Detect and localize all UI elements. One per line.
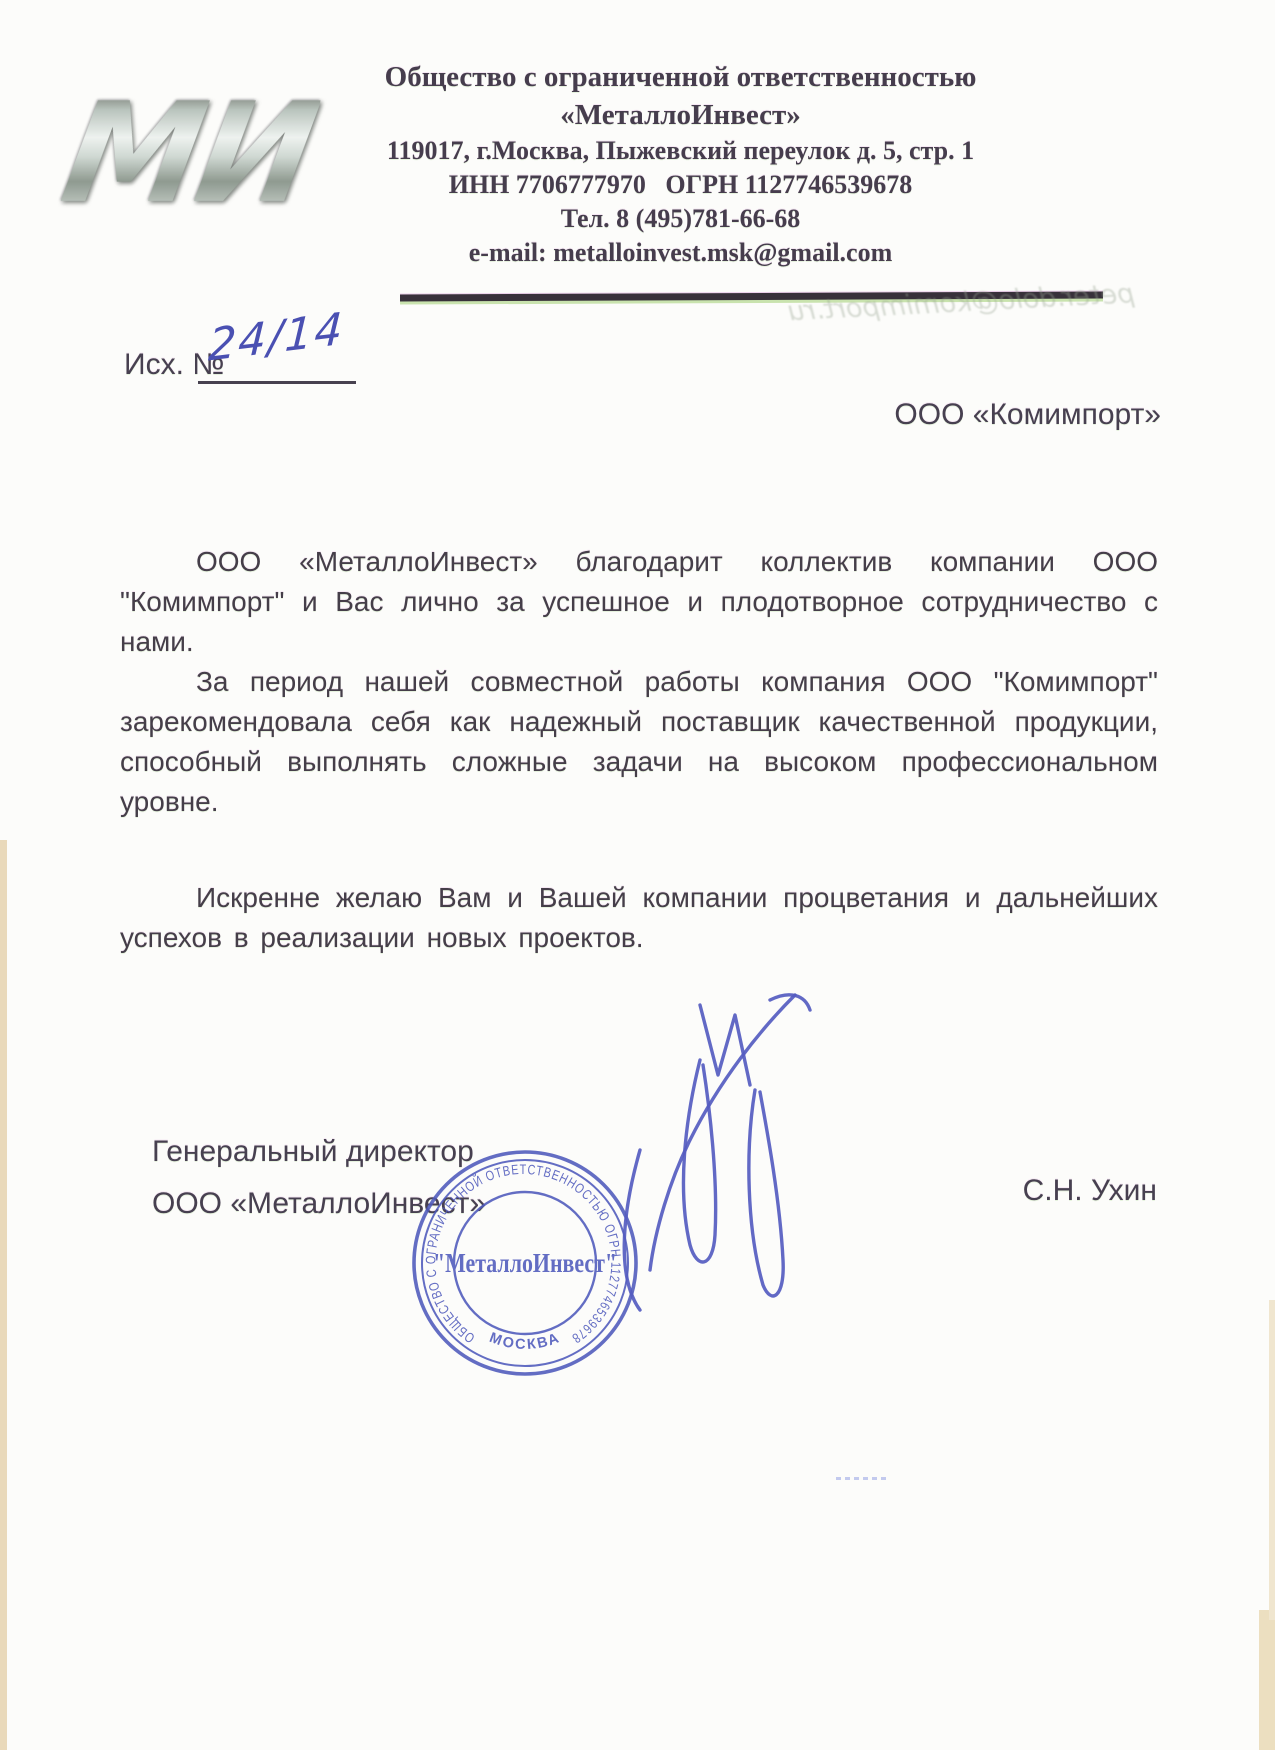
address-line: 119017, г.Москва, Пыжевский переулок д. … <box>368 134 993 168</box>
signature-stroke-loop-left <box>683 1060 715 1262</box>
body-paragraph-2: За период нашей совместной работы компан… <box>120 662 1158 822</box>
signature-stroke-diagonal <box>650 995 795 1270</box>
phone-line: Тел. 8 (495)781-66-68 <box>368 202 993 236</box>
scan-edge-right <box>1269 1300 1275 1620</box>
org-name-line: «МеталлоИнвест» <box>368 96 993 134</box>
bleed-through-handwriting: peter.dolo@komimport.ru <box>754 278 1136 348</box>
recipient-name: ООО «Комимпорт» <box>894 398 1161 432</box>
signature-stroke-tail <box>624 1150 640 1310</box>
letter-body: ООО «МеталлоИнвест» благодарит коллектив… <box>120 542 1158 958</box>
signature-stroke-zigzag <box>700 1005 750 1085</box>
scan-edge-corner <box>1259 1610 1275 1750</box>
body-paragraph-1: ООО «МеталлоИнвест» благодарит коллектив… <box>120 542 1158 662</box>
logo-letters: МИ <box>53 85 322 223</box>
letterhead: Общество с ограниченной ответственностью… <box>368 58 993 270</box>
org-type-line: Общество с ограниченной ответственностью <box>368 58 993 96</box>
company-logo: МИ <box>58 74 318 234</box>
scan-ink-artifact <box>836 1477 886 1480</box>
scan-edge-left <box>0 840 7 1750</box>
signer-name: С.Н. Ухин <box>1023 1174 1157 1208</box>
body-paragraph-3: Искренне желаю Вам и Вашей компании проц… <box>120 878 1158 958</box>
outgoing-ref-number-handwritten: 24/14 <box>207 303 346 371</box>
outgoing-ref-underline <box>198 381 356 384</box>
inn-ogrn-line: ИНН 7706777970 ОГРН 1127746539678 <box>368 168 993 202</box>
scanned-letter-page: МИ Общество с ограниченной ответственнос… <box>0 0 1275 1750</box>
signature-stroke-loop-right <box>749 1090 783 1296</box>
handwritten-signature <box>555 980 825 1320</box>
email-line: e-mail: metalloinvest.msk@gmail.com <box>368 236 993 270</box>
